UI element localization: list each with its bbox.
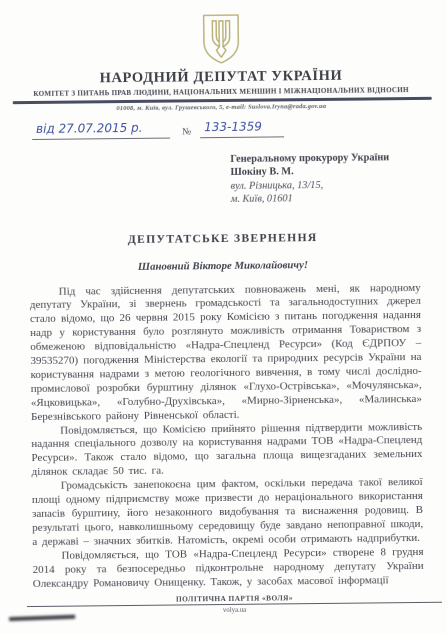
reference-number-field: 133-1359 (200, 117, 284, 138)
handwritten-number: 133-1359 (204, 120, 262, 135)
party-website: volya.ua (27, 605, 442, 616)
recipient-city: м. Київ, 01601 (231, 191, 436, 207)
scanned-letter-page: НАРОДНИЙ ДЕПУТАТ УКРАЇНИ КОМІТЕТ З ПИТАН… (0, 0, 447, 634)
reference-row: від 27.07.2015 р. № 133-1359 (32, 116, 445, 140)
paragraph-4: Повідомляється, що ТОВ «Надра-Спецленд Р… (32, 546, 423, 592)
handwritten-date: від 27.07.2015 р. (36, 121, 143, 136)
paragraph-3: Громадськість занепокоєна цим фактом, ос… (32, 476, 424, 550)
number-sign-label: № (182, 127, 191, 137)
letter-footer: ПОЛІТИЧНА ПАРТІЯ «ВОЛЯ» volya.ua (27, 592, 442, 617)
scan-artifact-mark (9, 615, 75, 621)
document-title: ДЕПУТАТСЬКЕ ЗВЕРНЕННЯ (0, 229, 446, 247)
letter-content: НАРОДНИЙ ДЕПУТАТ УКРАЇНИ КОМІТЕТ З ПИТАН… (0, 0, 447, 634)
organization-title: НАРОДНИЙ ДЕПУТАТ УКРАЇНИ (0, 67, 445, 89)
recipient-block: Генеральному прокурору України Шокіну В.… (230, 151, 436, 207)
salutation: Шановний Вікторе Миколайовичу! (0, 257, 447, 274)
paragraph-1: Під час здійснення депутатських повноваж… (30, 281, 422, 424)
letter-body: Під час здійснення депутатських повноваж… (30, 281, 424, 591)
reference-date-field: від 27.07.2015 р. (32, 119, 170, 140)
paragraph-2: Повідомляється, що Комісією прийнято ріш… (31, 420, 423, 480)
coat-of-arms-icon (199, 13, 242, 66)
